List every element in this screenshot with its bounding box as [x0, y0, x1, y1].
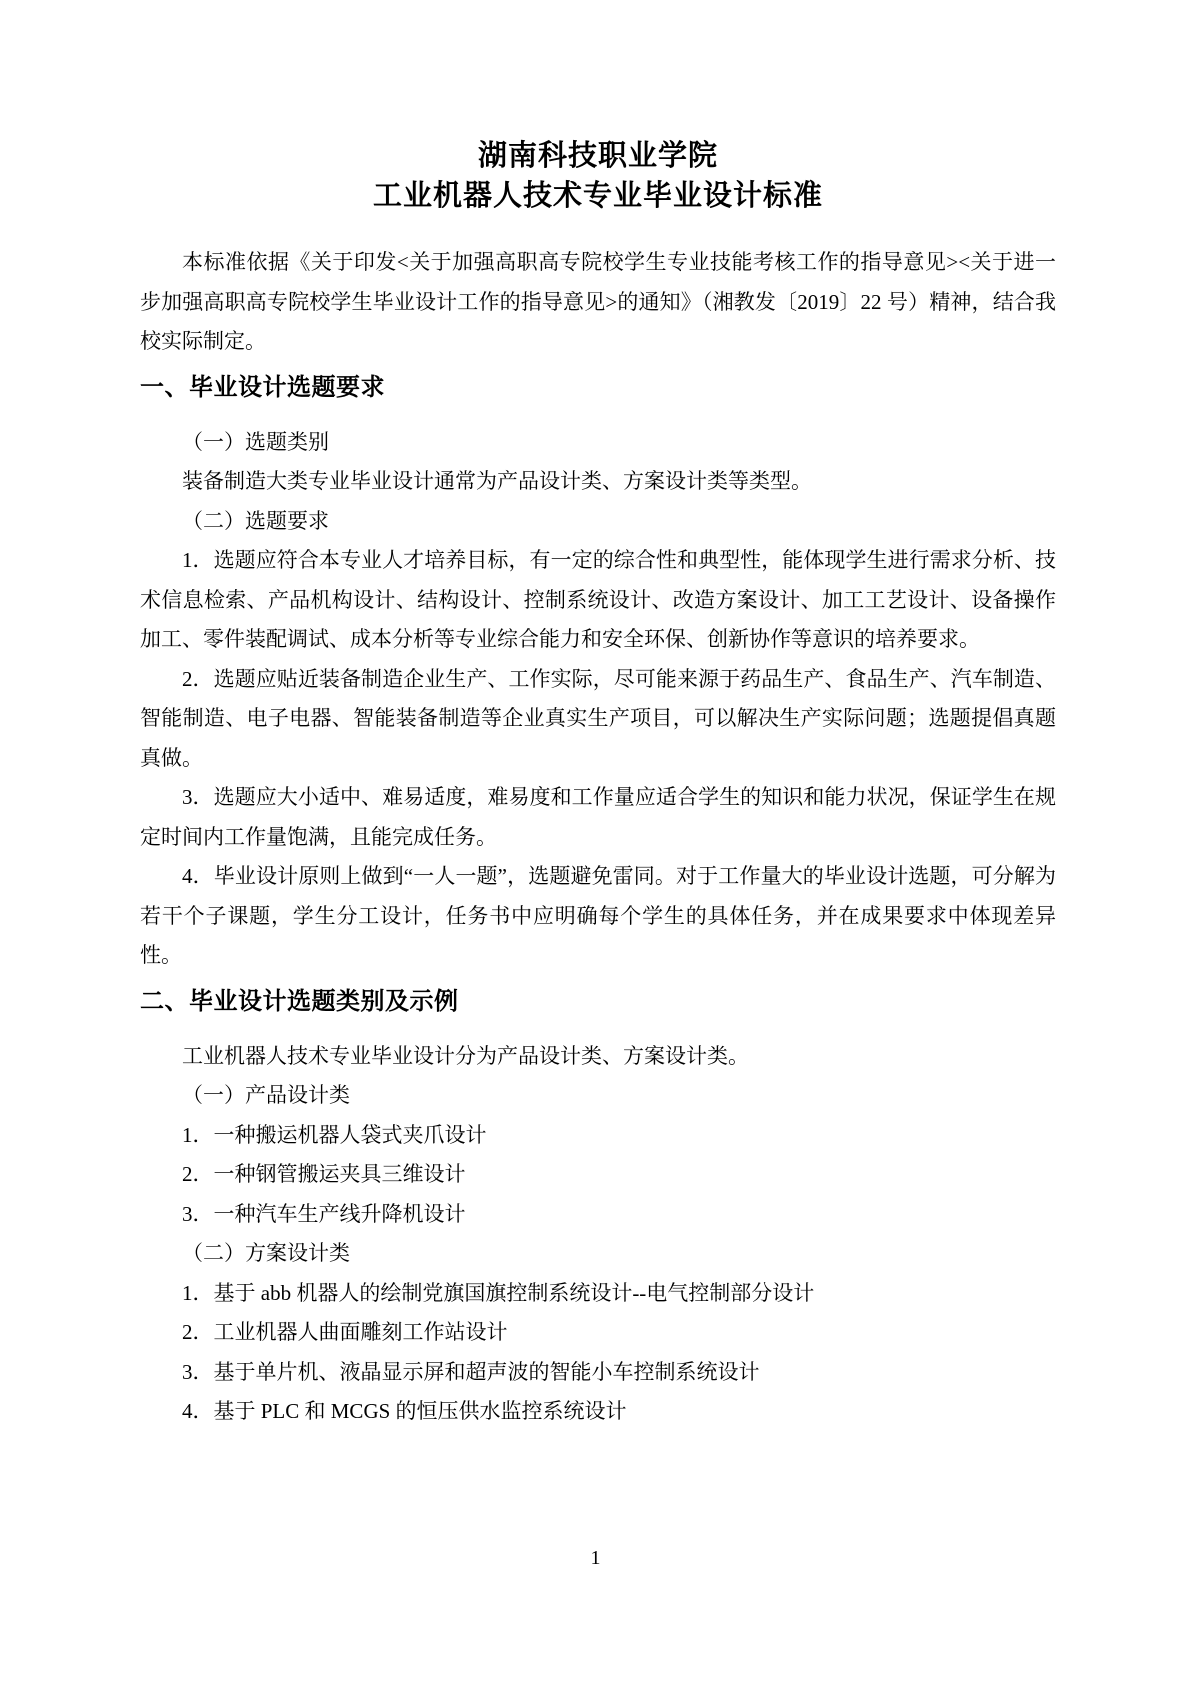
- section-2-product-item-2: 2．一种钢管搬运夹具三维设计: [140, 1155, 1056, 1195]
- section-1-heading: 一、毕业设计选题要求: [140, 366, 1056, 410]
- section-2-subheading-1: （一）产品设计类: [140, 1076, 1056, 1116]
- section-2-scheme-item-1: 1．基于 abb 机器人的绘制党旗国旗控制系统设计--电气控制部分设计: [140, 1274, 1056, 1314]
- document-content: 湖南科技职业学院 工业机器人技术专业毕业设计标准 本标准依据《关于印发<关于加强…: [140, 136, 1056, 1432]
- section-2-scheme-item-3: 3．基于单片机、液晶显示屏和超声波的智能小车控制系统设计: [140, 1353, 1056, 1393]
- section-1-subheading-2: （二）选题要求: [140, 502, 1056, 542]
- title-line-1: 湖南科技职业学院: [140, 136, 1056, 176]
- section-2-heading: 二、毕业设计选题类别及示例: [140, 980, 1056, 1024]
- page-number: 1: [0, 1545, 1191, 1571]
- section-1-item-1: 1．选题应符合本专业人才培养目标，有一定的综合性和典型性，能体现学生进行需求分析…: [140, 541, 1056, 660]
- section-1-paragraph-1: 装备制造大类专业毕业设计通常为产品设计类、方案设计类等类型。: [140, 462, 1056, 502]
- document-page: 湖南科技职业学院 工业机器人技术专业毕业设计标准 本标准依据《关于印发<关于加强…: [0, 0, 1191, 1684]
- section-2-scheme-item-4: 4．基于 PLC 和 MCGS 的恒压供水监控系统设计: [140, 1392, 1056, 1432]
- section-1-item-4: 4．毕业设计原则上做到“一人一题”，选题避免雷同。对于工作量大的毕业设计选题，可…: [140, 857, 1056, 976]
- title-line-2: 工业机器人技术专业毕业设计标准: [140, 176, 1056, 216]
- section-2-product-item-1: 1．一种搬运机器人袋式夹爪设计: [140, 1116, 1056, 1156]
- intro-paragraph: 本标准依据《关于印发<关于加强高职高专院校学生专业技能考核工作的指导意见><关于…: [140, 243, 1056, 362]
- section-1-item-3: 3．选题应大小适中、难易适度，难易度和工作量应适合学生的知识和能力状况，保证学生…: [140, 778, 1056, 857]
- section-2-product-item-3: 3．一种汽车生产线升降机设计: [140, 1195, 1056, 1235]
- section-2-scheme-item-2: 2．工业机器人曲面雕刻工作站设计: [140, 1313, 1056, 1353]
- section-2-intro: 工业机器人技术专业毕业设计分为产品设计类、方案设计类。: [140, 1037, 1056, 1077]
- section-2-subheading-2: （二）方案设计类: [140, 1234, 1056, 1274]
- document-title: 湖南科技职业学院 工业机器人技术专业毕业设计标准: [140, 136, 1056, 216]
- section-1-subheading-1: （一）选题类别: [140, 423, 1056, 463]
- section-1-item-2: 2．选题应贴近装备制造企业生产、工作实际，尽可能来源于药品生产、食品生产、汽车制…: [140, 660, 1056, 779]
